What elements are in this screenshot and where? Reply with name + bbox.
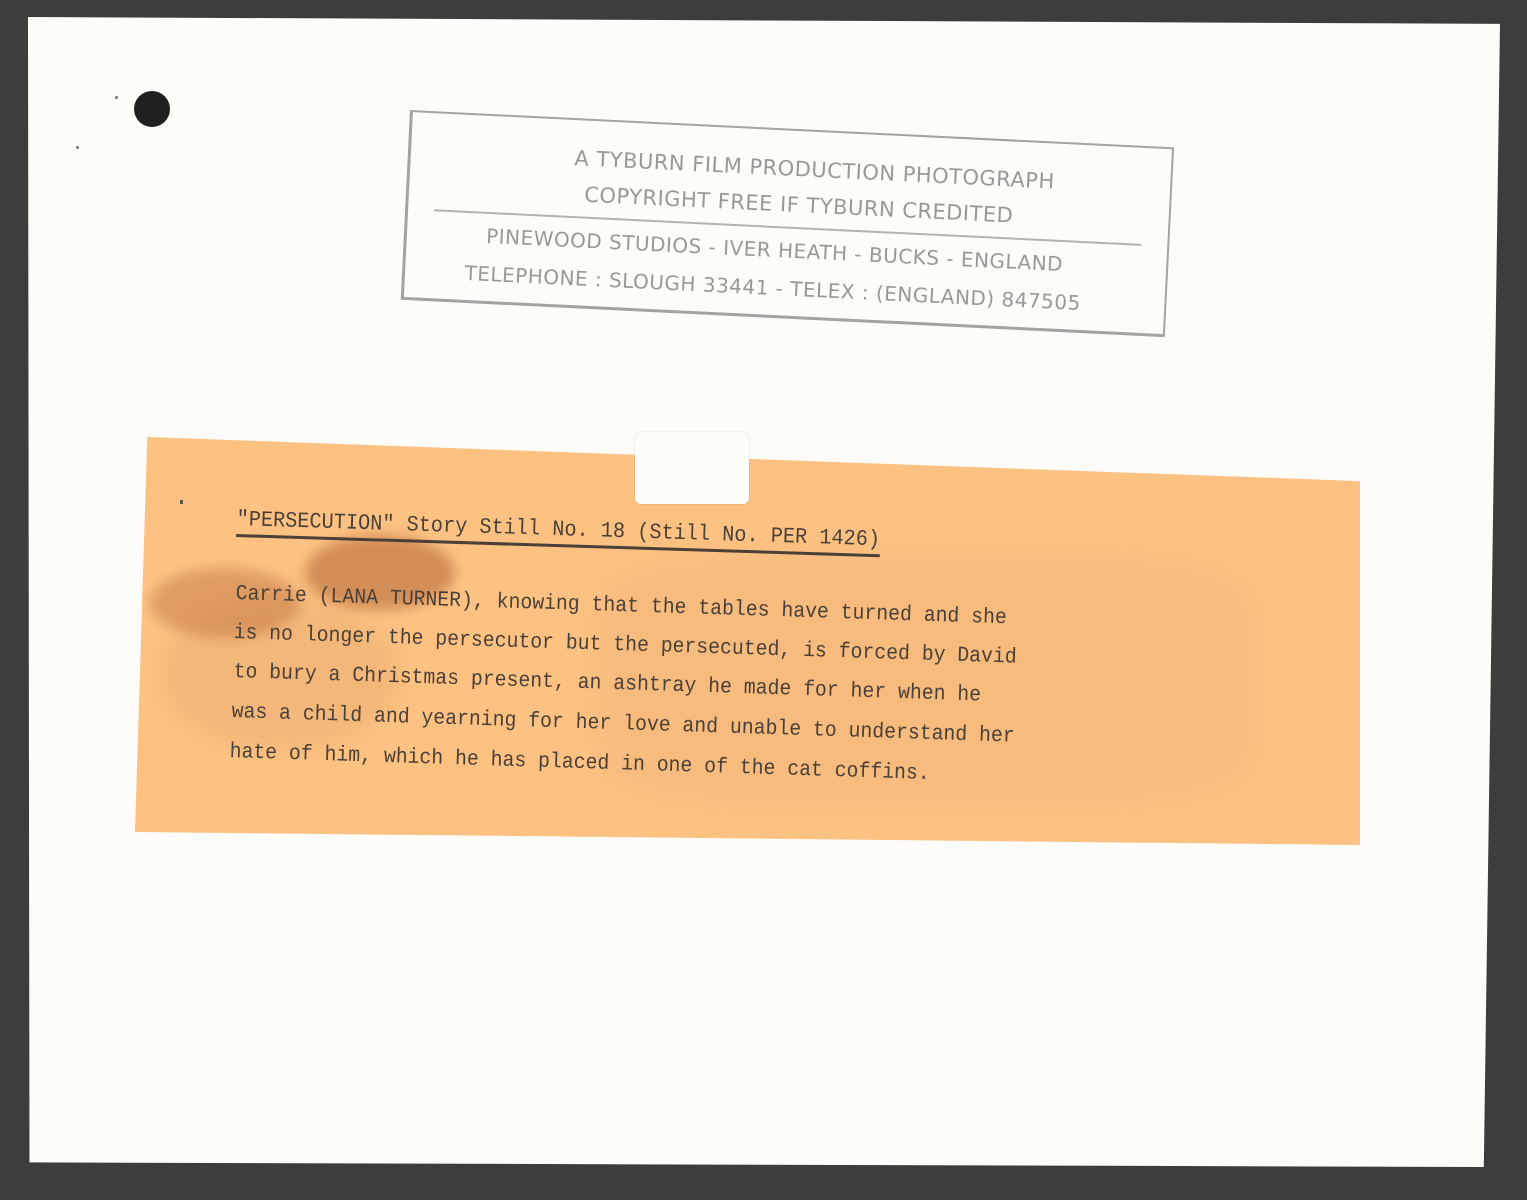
studio-stamp: A TYBURN FILM PRODUCTION PHOTOGRAPH COPY… [401, 110, 1174, 337]
dust-speck [76, 146, 79, 149]
tape-piece [635, 432, 749, 504]
punch-hole [134, 91, 170, 127]
ink-mark [180, 500, 183, 504]
dust-speck [115, 96, 118, 99]
